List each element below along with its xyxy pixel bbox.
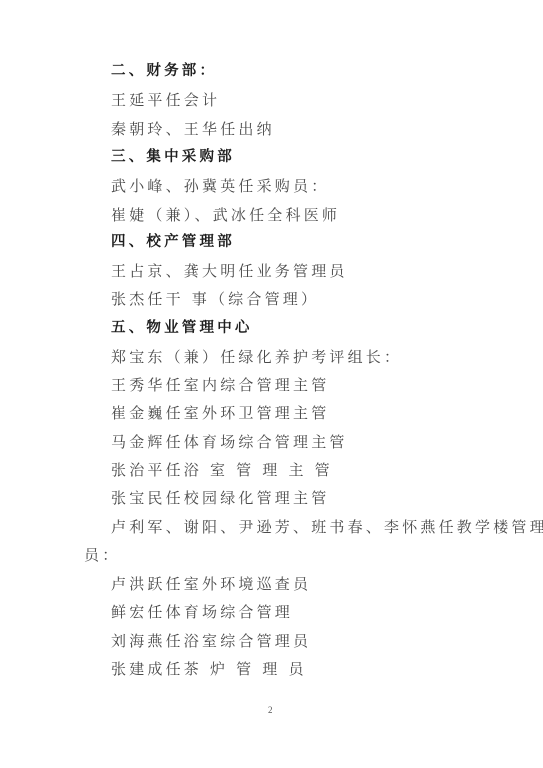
text-line: 张杰任干 事（综合管理） bbox=[111, 289, 319, 309]
text-line: 王占京、龚大明任业务管理员 bbox=[111, 261, 348, 281]
text-line: 王秀华任室内综合管理主管 bbox=[111, 375, 329, 395]
text-line: 卢利军、谢阳、尹逊芳、班书春、李怀燕任教学楼管理 bbox=[111, 517, 543, 537]
text-line: 鲜宏任体育场综合管理 bbox=[111, 602, 293, 622]
text-line: 张宝民任校园绿化管理主管 bbox=[111, 488, 329, 508]
text-line: 张建成任茶 炉 管 理 员 bbox=[111, 659, 307, 679]
section-heading-property-center: 五、物业管理中心 bbox=[111, 318, 253, 338]
text-line: 张治平任浴 室 管 理 主 管 bbox=[111, 460, 333, 480]
text-line: 郑宝东（兼）任绿化养护考评组长： bbox=[111, 347, 402, 367]
page-number: 2 bbox=[268, 705, 273, 715]
text-line: 马金辉任体育场综合管理主管 bbox=[111, 432, 348, 452]
document-page: 二、财务部： 王延平任会计 秦朝玲、王华任出纳 三、集中采购部 武小峰、孙冀英任… bbox=[0, 0, 543, 768]
section-heading-procurement: 三、集中采购部 bbox=[111, 147, 235, 167]
text-line: 卢洪跃任室外环境巡查员 bbox=[111, 574, 311, 594]
text-line: 秦朝玲、王华任出纳 bbox=[111, 119, 275, 139]
text-line: 武小峰、孙冀英任采购员： bbox=[111, 176, 329, 196]
text-line: 王延平任会计 bbox=[111, 90, 220, 110]
text-line: 刘海燕任浴室综合管理员 bbox=[111, 631, 311, 651]
text-line: 崔金巍任室外环卫管理主管 bbox=[111, 403, 329, 423]
text-line: 崔婕（兼）、武冰任全科医师 bbox=[111, 205, 340, 225]
section-heading-finance: 二、财务部： bbox=[111, 61, 217, 81]
section-heading-asset-management: 四、校产管理部 bbox=[111, 232, 235, 252]
text-line-continuation: 员： bbox=[84, 545, 120, 565]
